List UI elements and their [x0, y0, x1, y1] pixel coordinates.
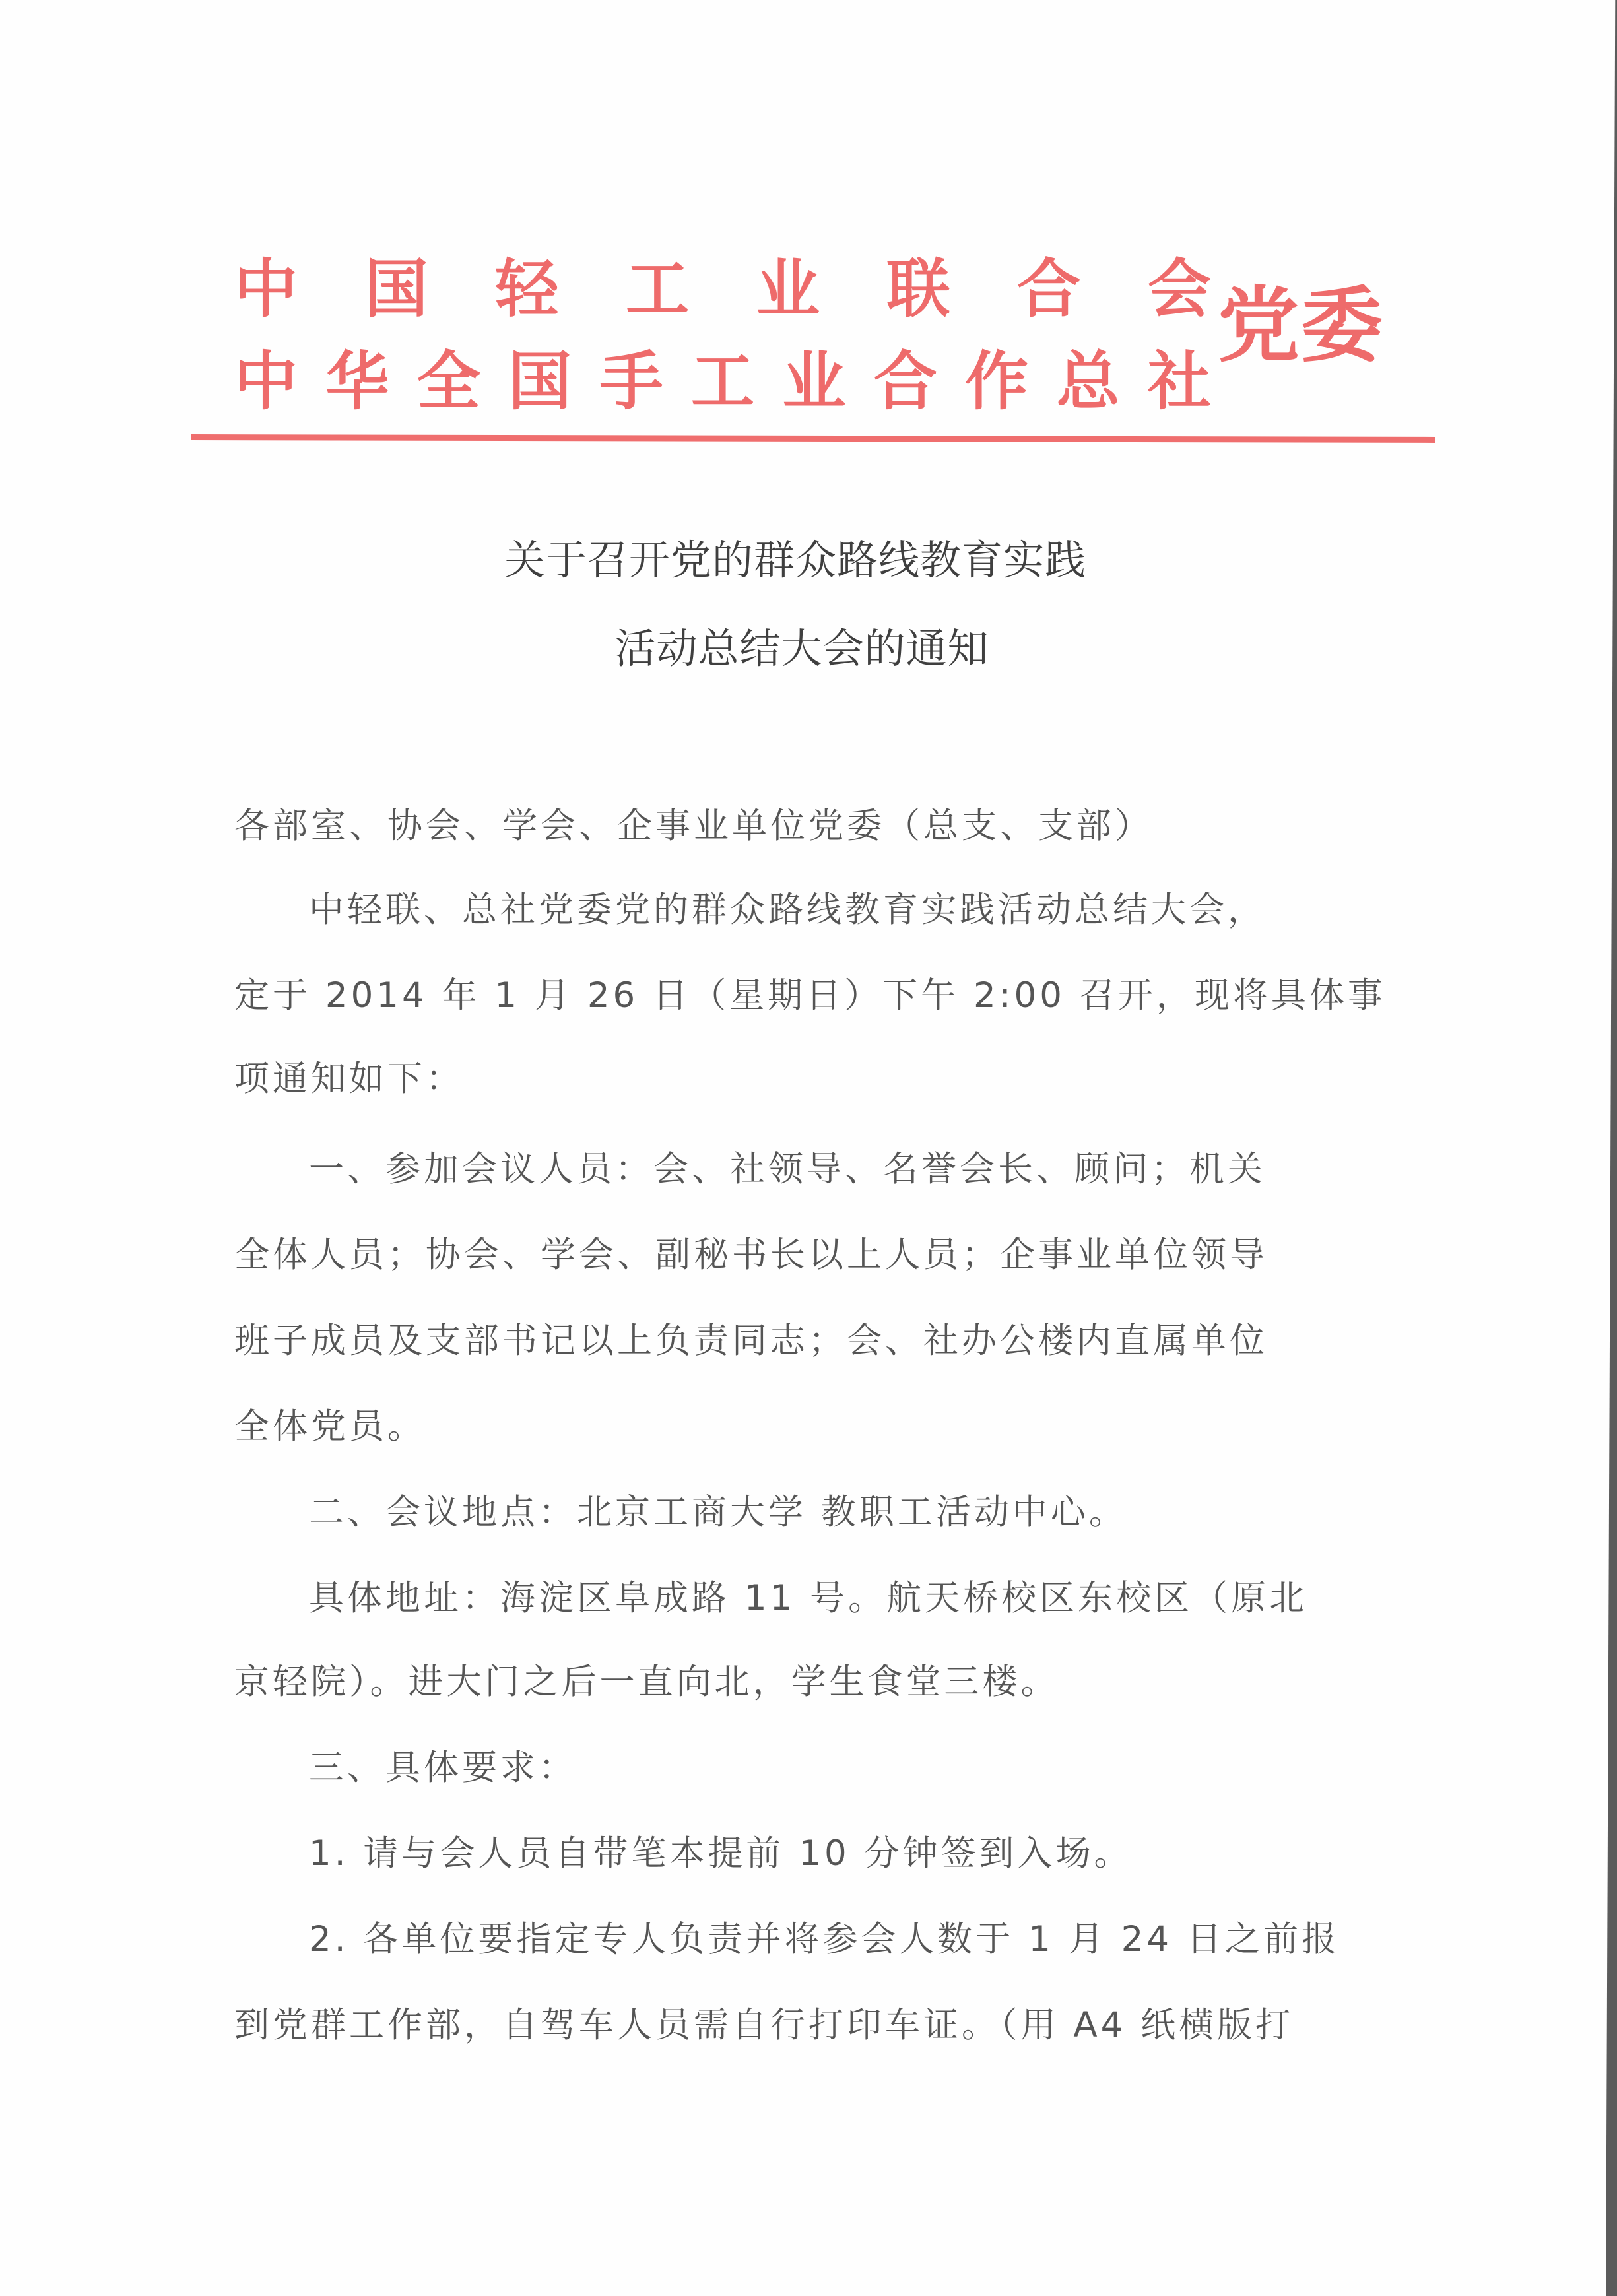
letterhead-char: 中 — [234, 257, 298, 321]
letterhead-char: 工 — [626, 257, 689, 321]
letterhead-red-divider — [191, 434, 1435, 443]
letterhead-char: 手 — [600, 350, 663, 413]
section3-item-1: 1. 请与会人员自带笔本提前 10 分钟签到入场。 — [309, 1836, 1424, 1871]
letterhead-party-committee: 党委 — [1218, 285, 1384, 367]
section1-line-1: 一、参加会议人员：会、社领导、名誉会长、顾问；机关 — [309, 1152, 1424, 1187]
letterhead-char: 华 — [325, 350, 389, 413]
scanned-document-page: 中 国 轻 工 业 联 合 会 中 华 全 国 手 工 业 合 作 总 社 党委… — [0, 0, 1617, 2296]
scanner-edge-shadow — [1605, 0, 1617, 2296]
letterhead-char: 业 — [756, 257, 820, 321]
letterhead: 中 国 轻 工 业 联 合 会 中 华 全 国 手 工 业 合 作 总 社 党委 — [234, 244, 1422, 429]
section1-line-2: 全体人员；协会、学会、副秘书长以上人员；企事业单位领导 — [234, 1237, 1350, 1272]
intro-line-1: 中轻联、总社党委党的群众路线教育实践活动总结大会， — [309, 892, 1424, 927]
section1-line-4: 全体党员。 — [234, 1409, 1350, 1444]
letterhead-char: 总 — [1057, 350, 1120, 413]
letterhead-line-1: 中 国 轻 工 业 联 合 会 — [234, 257, 1211, 321]
section1-line-3: 班子成员及支部书记以上负责同志；会、社办公楼内直属单位 — [234, 1323, 1350, 1358]
section3-item-2-line-1: 2. 各单位要指定专人负责并将参会人数于 1 月 24 日之前报 — [309, 1922, 1424, 1957]
section3-item-2-line-2: 到党群工作部，自驾车人员需自行打印车证。（用 A4 纸横版打 — [234, 2008, 1350, 2043]
letterhead-char: 国 — [365, 257, 428, 321]
letterhead-char: 轻 — [495, 257, 558, 321]
intro-line-3: 项通知如下： — [234, 1061, 1350, 1096]
letterhead-char: 会 — [1148, 257, 1211, 321]
intro-line-2: 定于 2014 年 1 月 26 日（星期日）下午 2:00 召开，现将具体事 — [234, 978, 1350, 1013]
letterhead-char: 中 — [234, 350, 298, 413]
letterhead-char: 国 — [508, 350, 572, 413]
letterhead-char: 联 — [887, 257, 950, 321]
letterhead-char: 合 — [874, 350, 937, 413]
section2-venue: 二、会议地点：北京工商大学 教职工活动中心。 — [309, 1495, 1424, 1530]
letterhead-char: 合 — [1017, 257, 1080, 321]
letterhead-char: 工 — [691, 350, 754, 413]
letterhead-char: 业 — [782, 350, 845, 413]
document-title-line-1: 关于召开党的群众路线教育实践 — [0, 540, 1604, 581]
section2-address-line-1: 具体地址：海淀区阜成路 11 号。航天桥校区东校区（原北 — [309, 1581, 1424, 1616]
letterhead-char: 作 — [965, 350, 1028, 413]
salutation: 各部室、协会、学会、企事业单位党委（总支、支部） — [234, 808, 1350, 843]
section2-address-line-2: 京轻院）。进大门之后一直向北，学生食堂三楼。 — [234, 1664, 1350, 1699]
letterhead-char: 社 — [1148, 350, 1211, 413]
letterhead-line-2: 中 华 全 国 手 工 业 合 作 总 社 — [234, 350, 1211, 413]
document-title-line-2: 活动总结大会的通知 — [0, 628, 1610, 669]
section3-heading: 三、具体要求： — [309, 1750, 1424, 1785]
letterhead-char: 全 — [417, 350, 480, 413]
